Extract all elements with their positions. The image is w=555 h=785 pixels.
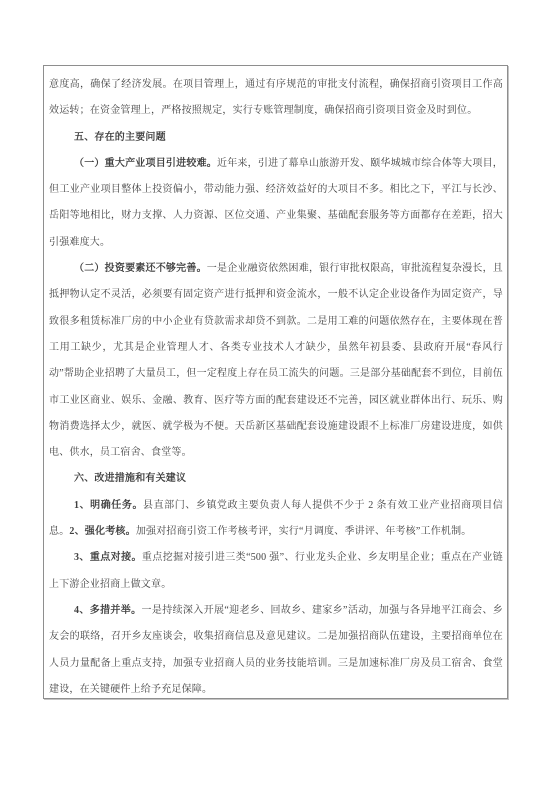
document-page: 意度高，确保了经济发展。在项目管理上，通过有序规范的审批支付流程，确保招商引资项… — [0, 0, 555, 785]
bold-text-run: 五、存在的主要问题 — [74, 132, 166, 143]
bold-text-run: （二）投资要素还不够完善。 — [74, 263, 207, 274]
paragraph: 六、改进措施和有关建议 — [49, 466, 503, 492]
text-run: 近年来，引进了幕阜山旅游开发、颐华城城市综合体等大项目，但工业产业项目整体上投资… — [49, 158, 503, 248]
paragraph: 3、重点对接。重点挖掘对接引进三类“500 强”、行业龙头企业、乡友明星企业；重… — [49, 545, 503, 598]
text-run: 意度高，确保了经济发展。在项目管理上，通过有序规范的审批支付流程，确保招商引资项… — [49, 79, 503, 116]
bold-text-run: （一）重大产业项目引进较难。 — [74, 158, 217, 169]
text-run: 一是持续深入开展“迎老乡、回故乡、建家乡”活动，加强与各异地平江商会、乡友会的联… — [49, 605, 503, 695]
paragraph: （二）投资要素还不够完善。一是企业融资依然困难，银行审批权限高，审批流程复杂漫长… — [49, 256, 503, 466]
bold-text-run: 3、重点对接。 — [74, 552, 142, 563]
text-run: 加强对招商引资工作考核考评，实行“月调度、季讲评、年考核”工作机制。 — [136, 526, 472, 537]
paragraph: 4、多措并举。一是持续深入开展“迎老乡、回故乡、建家乡”活动，加强与各异地平江商… — [49, 598, 503, 703]
bold-text-run: 4、多措并举。 — [74, 605, 142, 616]
bold-text-run: 2、强化考核。 — [69, 526, 135, 537]
bold-text-run: 1、明确任务。 — [74, 500, 143, 511]
paragraph: 意度高，确保了经济发展。在项目管理上，通过有序规范的审批支付流程，确保招商引资项… — [49, 72, 503, 125]
paragraph: 五、存在的主要问题 — [49, 125, 503, 151]
paragraph: （一）重大产业项目引进较难。近年来，引进了幕阜山旅游开发、颐华城城市综合体等大项… — [49, 151, 503, 256]
document-table-cell: 意度高，确保了经济发展。在项目管理上，通过有序规范的审批支付流程，确保招商引资项… — [43, 65, 508, 699]
paragraph: 1、明确任务。县直部门、乡镇党政主要负责人每人提供不少于 2 条有效工业产业招商… — [49, 493, 503, 546]
bold-text-run: 六、改进措施和有关建议 — [74, 473, 186, 484]
text-run: 一是企业融资依然困难，银行审批权限高，审批流程复杂漫长，且抵押物认定不灵活，必须… — [49, 263, 503, 458]
document-body: 意度高，确保了经济发展。在项目管理上，通过有序规范的审批支付流程，确保招商引资项… — [49, 72, 503, 703]
